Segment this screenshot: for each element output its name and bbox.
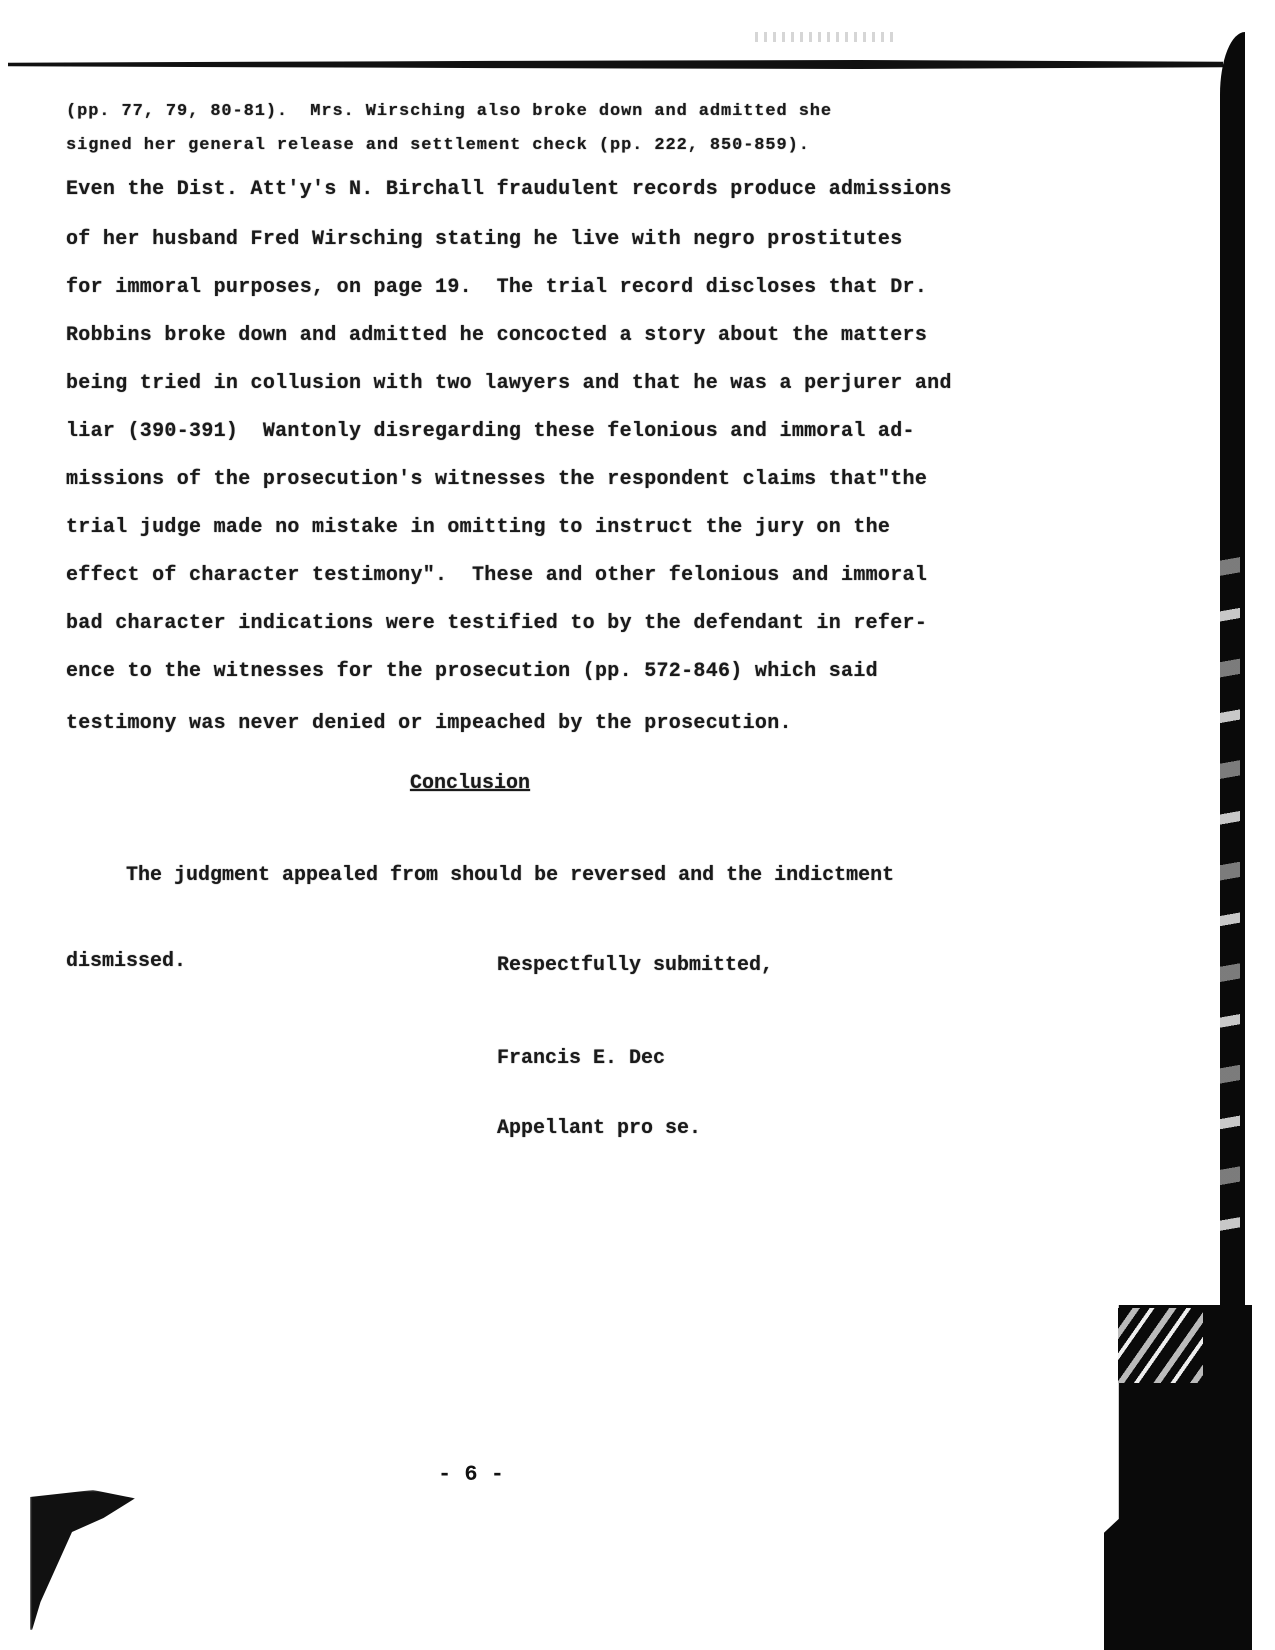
scan-smudge	[30, 1490, 135, 1630]
signature-title: Appellant pro se.	[497, 1117, 773, 1141]
body-paragraph: (pp. 77, 79, 80-81). Mrs. Wirsching also…	[66, 0, 1086, 368]
conclusion-heading: Conclusion	[410, 772, 530, 795]
signature-block: Respectfully submitted, Francis E. Dec A…	[497, 908, 773, 1187]
body-line: bad character indications were testified…	[66, 612, 927, 635]
body-line: Robbins broke down and admitted he conco…	[66, 324, 927, 347]
body-line: for immoral purposes, on page 19. The tr…	[66, 276, 927, 299]
document-page: (pp. 77, 79, 80-81). Mrs. Wirsching also…	[0, 0, 1275, 1650]
body-line: missions of the prosecution's witnesses …	[66, 468, 927, 491]
page-number: - 6 -	[438, 1462, 504, 1487]
body-line: ence to the witnesses for the prosecutio…	[66, 660, 878, 683]
body-line: of her husband Fred Wirsching stating he…	[66, 228, 903, 251]
body-line: trial judge made no mistake in omitting …	[66, 516, 890, 539]
scan-corner-texture	[1118, 1308, 1203, 1383]
signature-closing: Respectfully submitted,	[497, 954, 773, 977]
signature-name: Francis E. Dec	[497, 1047, 773, 1071]
body-line: (pp. 77, 79, 80-81). Mrs. Wirsching also…	[66, 102, 832, 121]
body-line: liar (390-391) Wantonly disregarding the…	[66, 420, 915, 443]
body-line: being tried in collusion with two lawyer…	[66, 372, 952, 395]
conclusion-line: The judgment appealed from should be rev…	[66, 856, 894, 896]
body-line: signed her general release and settlemen…	[66, 136, 810, 155]
body-line: testimony was never denied or impeached …	[66, 712, 792, 735]
body-line: effect of character testimony". These an…	[66, 564, 927, 587]
body-line: Even the Dist. Att'y's N. Birchall fraud…	[66, 178, 952, 201]
scan-edge-artifact	[1220, 520, 1240, 1240]
